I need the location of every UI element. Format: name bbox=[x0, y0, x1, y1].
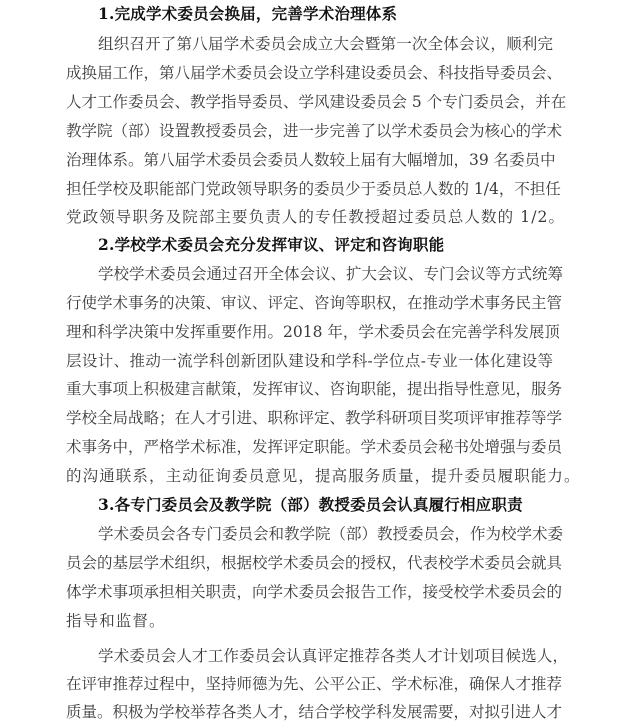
paragraph-line: 行使学术事务的决策、审议、评定、咨询等职权，在推动学术事务民主管 bbox=[66, 292, 553, 314]
section-heading-2: 2.学校学术委员会充分发挥审议、评定和咨询职能 bbox=[98, 234, 444, 256]
paragraph-line: 指导和监督。 bbox=[66, 610, 166, 632]
paragraph-line: 术事务中，严格学术标准，发挥评定职能。学术委员会秘书处增强与委员 bbox=[66, 436, 553, 458]
paragraph-line: 学校全局战略；在人才引进、职称评定、教学科研项目奖项评审推荐等学 bbox=[66, 407, 553, 429]
paragraph-line: 担任学校及职能部门党政领导职务的委员少于委员总人数的 1/4，不担任 bbox=[66, 178, 553, 200]
paragraph-line: 学校学术委员会通过召开全体会议、扩大会议、专门会议等方式统筹 bbox=[98, 263, 553, 285]
paragraph-line: 组织召开了第八届学术委员会成立大会暨第一次全体会议，顺利完 bbox=[98, 33, 553, 55]
paragraph-line: 治理体系。第八届学术委员会委员人数较上届有大幅增加，39 名委员中 bbox=[66, 149, 553, 171]
paragraph-line: 员会的基层学术组织，根据校学术委员会的授权，代表校学术委员会就具 bbox=[66, 552, 553, 574]
paragraph-line: 重大事项上积极建言献策，发挥审议、咨询职能，提出指导性意见，服务 bbox=[66, 378, 553, 400]
section-heading-1: 1.完成学术委员会换届，完善学术治理体系 bbox=[98, 3, 397, 25]
paragraph-line: 教学院（部）设置教授委员会，进一步完善了以学术委员会为核心的学术 bbox=[66, 120, 553, 142]
document-page: 1.完成学术委员会换届，完善学术治理体系 组织召开了第八届学术委员会成立大会暨第… bbox=[0, 0, 618, 728]
paragraph-line: 成换届工作，第八届学术委员会设立学科建设委员会、科技指导委员会、 bbox=[66, 62, 553, 84]
paragraph-line: 层设计、推动一流学科创新团队建设和学科-学位点-专业一体化建设等 bbox=[66, 350, 553, 372]
paragraph-line: 人才工作委员会、教学指导委员、学风建设委员会 5 个专门委员会，并在 bbox=[66, 91, 553, 113]
paragraph-line: 学术委员会人才工作委员会认真评定推荐各类人才计划项目候选人， bbox=[98, 645, 568, 667]
paragraph-line: 理和科学决策中发挥重要作用。2018 年，学术委员会在完善学科发展顶 bbox=[66, 321, 553, 343]
paragraph-line: 质量。积极为学校举荐各类人才，结合学校学科发展需要，对拟引进人才 bbox=[66, 701, 553, 723]
paragraph-line: 学术委员会各专门委员会和教学院（部）教授委员会，作为校学术委 bbox=[98, 523, 553, 545]
paragraph-line: 的沟通联系，主动征询委员意见，提高服务质量，提升委员履职能力。 bbox=[66, 465, 581, 487]
paragraph-line: 体学术事项承担相关职责，向学术委员会报告工作，接受校学术委员会的 bbox=[66, 581, 553, 603]
paragraph-line: 党政领导职务及院部主要负责人的专任教授超过委员总人数的 1/2。 bbox=[66, 206, 565, 228]
section-heading-3: 3.各专门委员会及教学院（部）教授委员会认真履行相应职责 bbox=[98, 494, 523, 516]
paragraph-line: 在评审推荐过程中，坚持师德为先、公平公正、学术标准，确保人才推荐 bbox=[66, 673, 553, 695]
